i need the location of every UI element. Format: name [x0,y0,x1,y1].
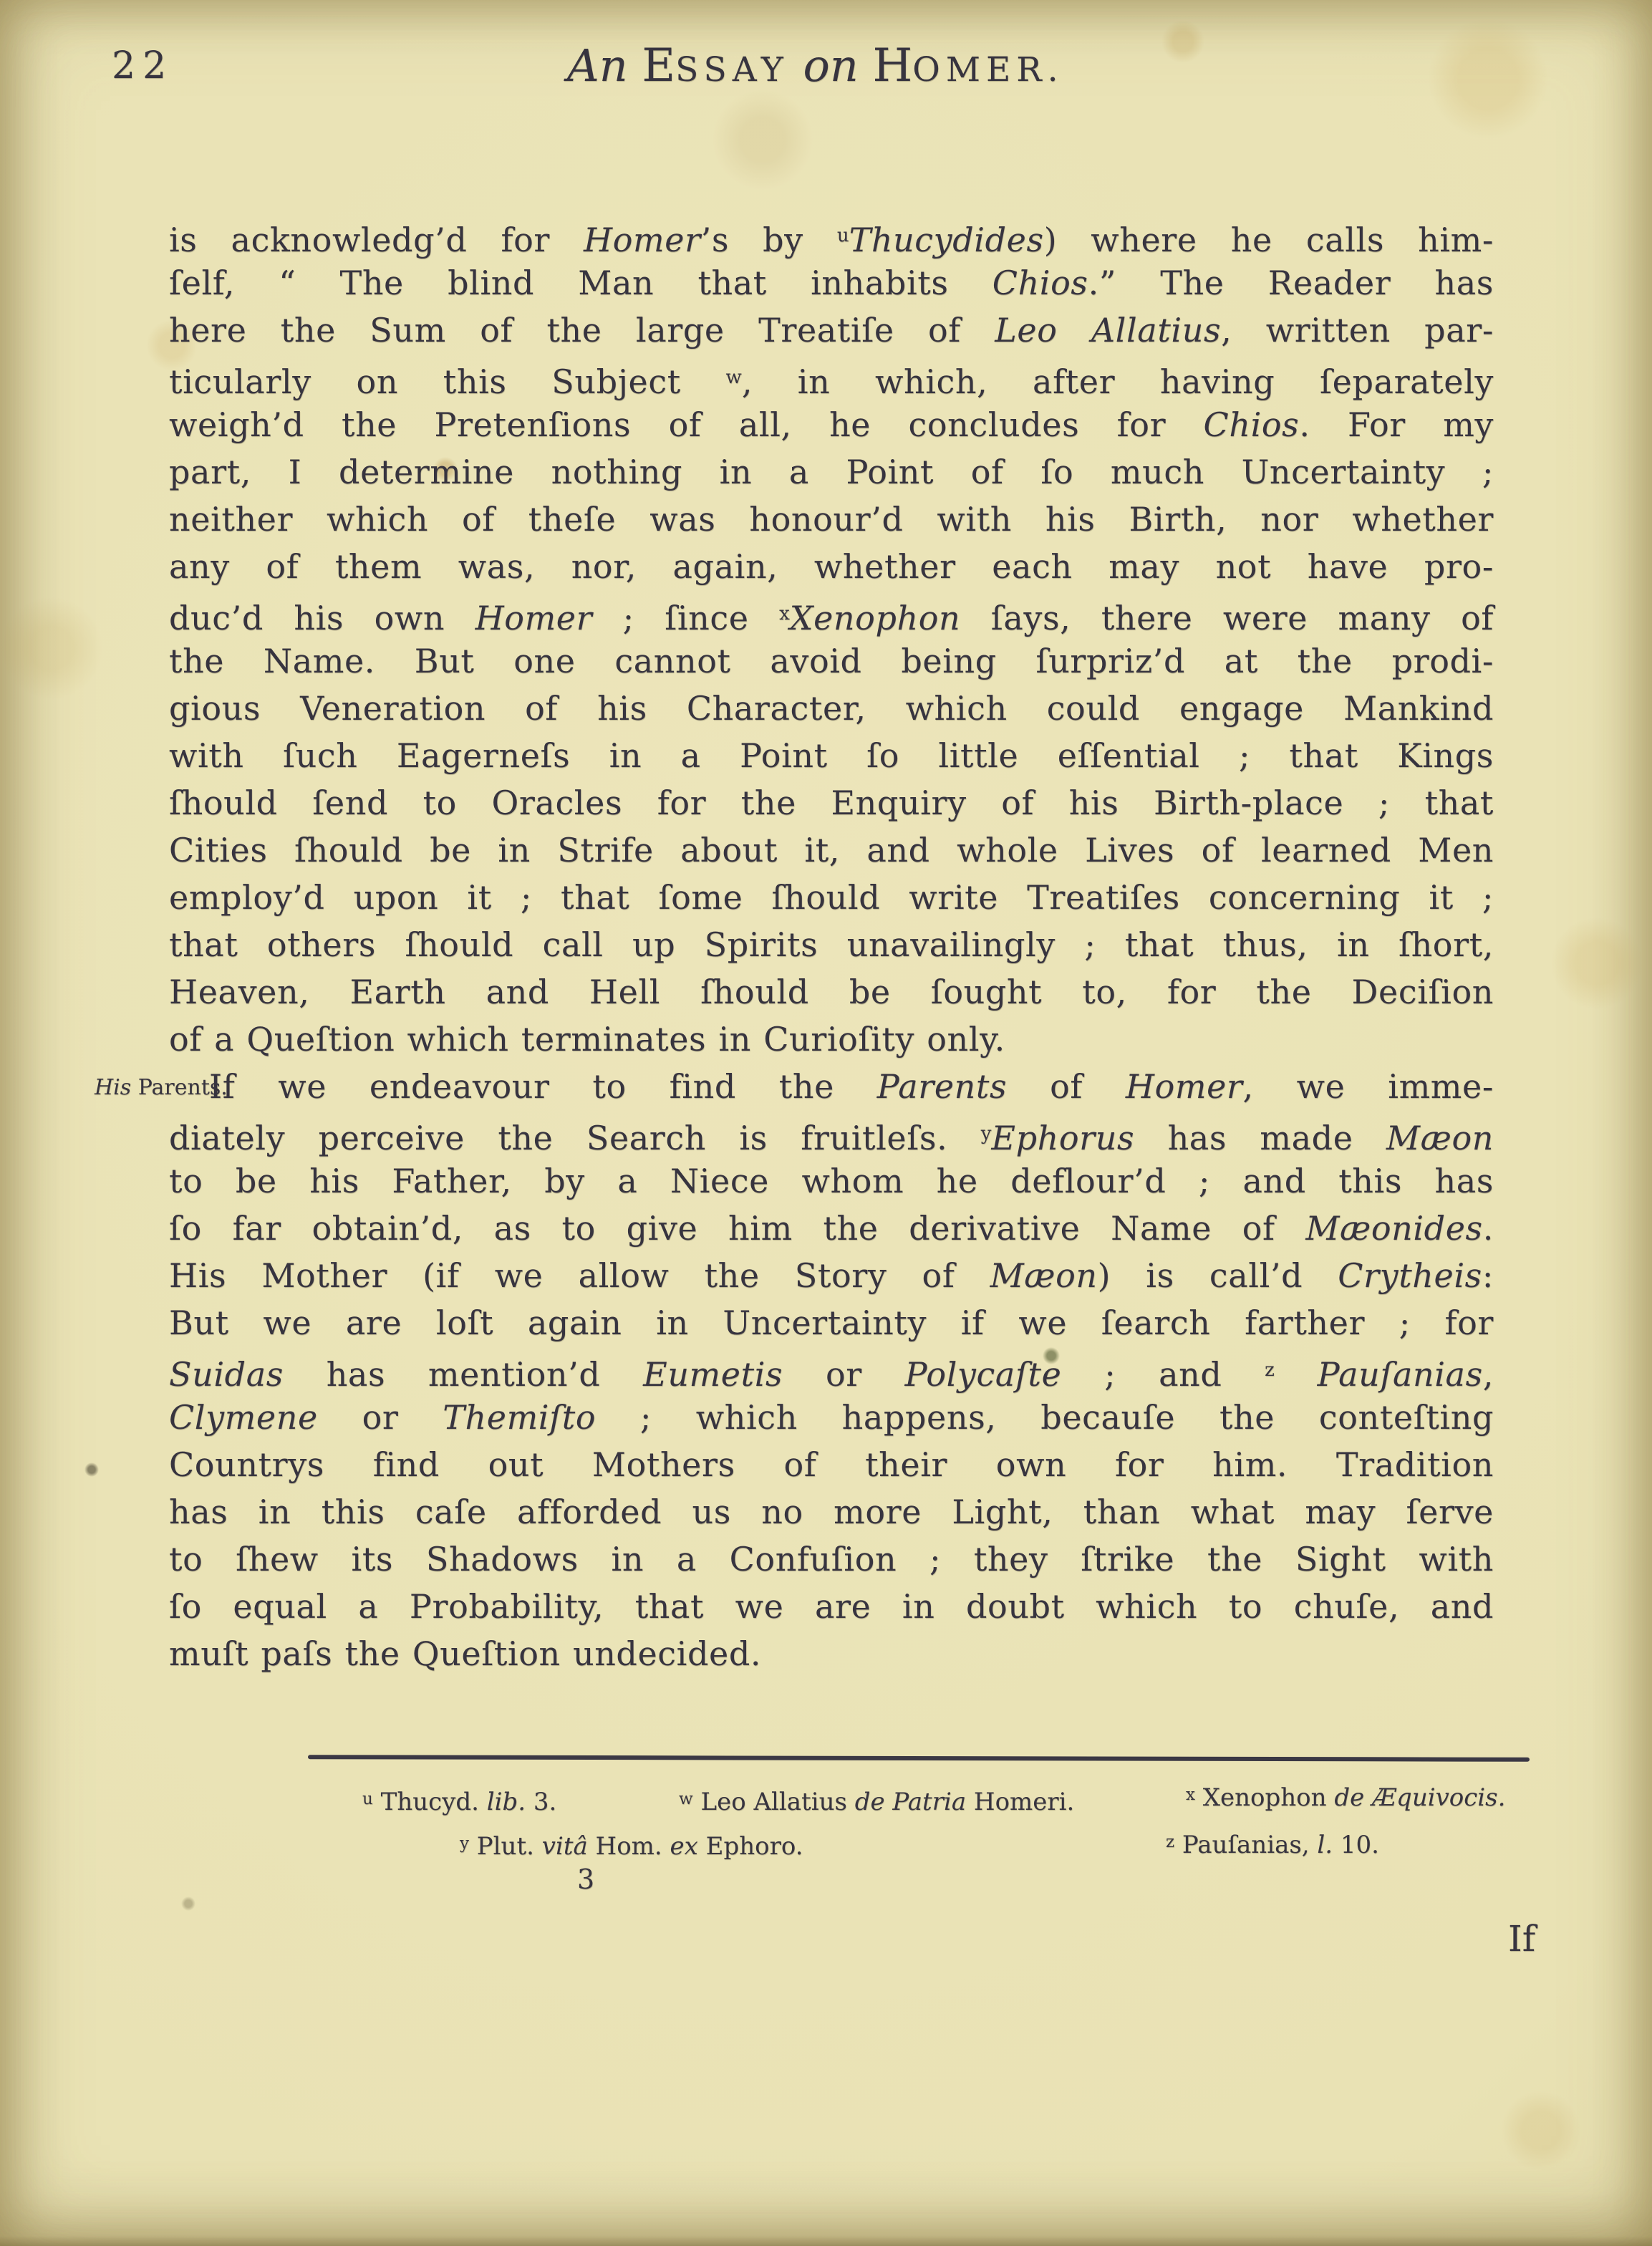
text-segment: ; and [1061,1355,1265,1394]
body-line: neither which of theſe was honour’d with… [169,496,1494,543]
text-segment: ’s by [701,221,837,259]
text-segment: Leo Allatius [693,1788,855,1816]
text-segment: ſo far obtain’d, as to give him the deri… [169,1209,1305,1248]
text-segment: l. [1317,1831,1333,1859]
text-segment: that others ſhould call up Spirits unava… [169,925,1494,964]
body-line: gious Veneration of his Character, which… [169,685,1494,732]
text-segment: : [1482,1256,1494,1295]
body-line: of a Queſtion which terminates in Curioſ… [169,1016,1494,1063]
body-line: muſt paſs the Queſtion undecided. [169,1630,1494,1677]
text-segment: Homer [584,221,701,259]
text-segment: ticularly on this Subject [169,362,726,401]
footnote-u: u Thucyd. lib. 3. [362,1788,556,1816]
text-segment: muſt paſs the Queſtion undecided. [169,1634,761,1673]
text-segment: Polycaſte [905,1355,1062,1394]
text-segment: on [789,39,873,92]
footnote-y: y Plut. vitâ Hom. ex Ephoro. [460,1832,803,1861]
footnote-marker: z [1166,1833,1174,1851]
text-segment: ) is call’d [1098,1256,1338,1295]
text-segment: . For my [1299,405,1494,444]
body-line: Clymene or Themiſto ; which happens, bec… [169,1394,1494,1441]
body-line: diately perceive the Search is fruitleſs… [169,1110,1494,1157]
text-segment: E [642,39,675,92]
text-segment: Thucyd. [373,1788,487,1816]
text-segment: , we imme- [1243,1067,1494,1106]
text-segment: ſo equal a Probability, that we are in d… [169,1587,1494,1626]
footnote-marker: w [726,367,742,388]
text-segment: ; which happens, becauſe the conteſting [596,1398,1494,1437]
text-segment: of [1007,1067,1126,1106]
footnote-marker: u [837,225,849,246]
text-segment: Thucydides [849,221,1044,259]
text-segment: Homer [475,599,593,637]
text-segment: with ſuch Eagerneſs in a Point ſo little… [169,736,1494,775]
body-line: But we are loſt again in Uncertainty if … [169,1299,1494,1346]
footnote-marker: x [779,603,790,625]
body-line: ſhould ſend to Oracles for the Enquiry o… [169,779,1494,826]
body-line: Cities ſhould be in Strife about it, and… [169,826,1494,874]
text-segment: or [318,1398,443,1437]
text-segment: Themiſto [443,1398,596,1437]
text-segment: Eumetis [643,1355,783,1394]
text-segment: Homer [1126,1067,1243,1106]
body-line: has in this caſe afforded us no more Lig… [169,1488,1494,1536]
text-segment: Hom. [588,1832,670,1861]
footnote-marker: y [981,1123,992,1144]
text-segment: Heaven, Earth and Hell ſhould be ſought … [169,973,1494,1011]
page-number: 22 [112,44,173,87]
text-segment: of a Queſtion which terminates in Curioſ… [169,1020,1005,1059]
text-segment: Plut. [469,1832,542,1861]
text-segment: Ephorus [991,1119,1134,1157]
body-line: with ſuch Eagerneſs in a Point ſo little… [169,732,1494,779]
text-segment: . [1483,1209,1494,1248]
text-segment: diately perceive the Search is fruitleſs… [169,1119,981,1157]
footnote-marker: w [679,1790,693,1808]
body-line: Suidas has mention’d Eumetis or Polycaſt… [169,1346,1494,1394]
body-line: Countrys find out Mothers of their own f… [169,1441,1494,1488]
text-segment: Mæonides [1305,1209,1482,1248]
text-segment: ) where he calls him- [1044,221,1494,259]
text-segment: His Mother (if we allow the Story of [169,1256,990,1295]
text-segment: has made [1134,1119,1386,1157]
footnote-marker: x [1186,1785,1195,1804]
text-segment: An [567,39,642,92]
body-text: is acknowledg’d for Homer’s by uThucydid… [169,212,1494,1677]
text-segment: , in which, after having ſeparately [742,362,1494,401]
text-segment: Xenophon [1195,1783,1334,1812]
text-segment: Chios [992,264,1088,302]
body-line: weigh’d the Pretenſions of all, he concl… [169,401,1494,448]
text-segment: gious Veneration of his Character, which… [169,689,1494,728]
body-line: duc’d his own Homer ; ſince xXenophon ſa… [169,590,1494,637]
text-segment: ſays, there were many of [960,599,1494,637]
body-line: If we endeavour to find the Parents of H… [169,1063,1494,1110]
text-segment: or [783,1355,904,1394]
text-segment: ſelf, “ The blind Man that inhabits [169,264,992,302]
signature-mark: 3 [577,1864,594,1895]
text-segment: Chios [1204,405,1300,444]
text-segment: ex [670,1832,698,1861]
text-segment: Cities ſhould be in Strife about it, and… [169,831,1494,869]
body-line: to be his Father, by a Niece whom he def… [169,1157,1494,1205]
body-line: ſo far obtain’d, as to give him the deri… [169,1205,1494,1252]
text-segment: His [95,1075,131,1100]
text-segment: Leo Allatius [995,311,1221,350]
body-line: the Name. But one cannot avoid being ſur… [169,637,1494,685]
text-segment: Suidas [169,1355,284,1394]
text-segment: , written par- [1221,311,1494,350]
text-segment: Ephoro. [698,1832,803,1861]
text-segment: lib. [487,1788,526,1816]
text-segment: to ſhew its Shadows in a Confuſion ; the… [169,1540,1494,1579]
text-segment: de Patria [855,1788,966,1816]
text-segment: 3. [526,1788,556,1816]
body-line: Heaven, Earth and Hell ſhould be ſought … [169,968,1494,1016]
text-segment: neither which of theſe was honour’d with… [169,500,1494,539]
footnote-x: x Xenophon de Æquivocis. [1186,1783,1505,1812]
text-segment: employ’d upon it ; that ſome ſhould writ… [169,878,1494,917]
text-segment: de Æquivocis. [1334,1783,1505,1812]
text-segment: Clymene [169,1398,318,1437]
text-segment: ſhould ſend to Oracles for the Enquiry o… [169,784,1494,822]
body-line: is acknowledg’d for Homer’s by uThucydid… [169,212,1494,259]
text-segment: 10. [1333,1831,1379,1859]
text-segment: Pauſanias [1318,1355,1483,1394]
footnote-marker: u [362,1790,373,1808]
text-segment: If we endeavour to find the [209,1067,877,1106]
text-segment: Crytheis [1338,1256,1482,1295]
text-segment: H [872,39,912,92]
footnote-marker: z [1265,1359,1275,1381]
text-segment: , [1483,1355,1494,1394]
footnote-z: z Pauſanias, l. 10. [1166,1831,1379,1859]
text-segment: OMER. [912,50,1063,90]
text-segment: Homeri. [966,1788,1074,1816]
body-line: that others ſhould call up Spirits unava… [169,921,1494,968]
text-segment: part, I determine nothing in a Point of … [169,453,1494,491]
body-line: to ſhew its Shadows in a Confuſion ; the… [169,1536,1494,1583]
catchword: If [1508,1918,1535,1960]
text-segment: Pauſanias, [1174,1831,1317,1859]
text-segment: is acknowledg’d for [169,221,584,259]
text-segment [1275,1355,1318,1394]
text-segment: weigh’d the Pretenſions of all, he concl… [169,405,1204,444]
text-segment: the Name. But one cannot avoid being ſur… [169,642,1494,680]
text-segment: ; ſince [592,599,779,637]
text-segment: any of them was, nor, again, whether eac… [169,547,1494,586]
text-segment: vitâ [542,1832,588,1861]
running-head-title: An ESSAY on HOMER. [567,37,1064,106]
text-segment: has in this caſe afforded us no more Lig… [169,1493,1494,1531]
body-line: His Mother (if we allow the Story of Mæo… [169,1252,1494,1299]
text-segment: But we are loſt again in Uncertainty if … [169,1303,1494,1342]
body-line: part, I determine nothing in a Point of … [169,448,1494,496]
footnote-marker: y [460,1834,469,1853]
body-line: ſelf, “ The blind Man that inhabits Chio… [169,259,1494,307]
footnote-divider-rule [308,1755,1530,1762]
text-segment: here the Sum of the large Treatiſe of [169,311,995,350]
text-segment: Mæon [990,1256,1098,1295]
text-segment: Countrys find out Mothers of their own f… [169,1445,1494,1484]
body-line: ſo equal a Probability, that we are in d… [169,1583,1494,1630]
text-segment: Parents [877,1067,1007,1106]
text-segment: .” The Reader has [1088,264,1494,302]
text-segment: SSAY [675,50,789,90]
text-segment: duc’d his own [169,599,475,637]
body-line: here the Sum of the large Treatiſe of Le… [169,307,1494,354]
text-segment: has mention’d [284,1355,643,1394]
footnote-w: w Leo Allatius de Patria Homeri. [679,1788,1074,1816]
text-segment: Xenophon [790,599,960,637]
body-line: any of them was, nor, again, whether eac… [169,543,1494,590]
text-segment: Mæon [1386,1119,1494,1157]
body-line: employ’d upon it ; that ſome ſhould writ… [169,874,1494,921]
text-segment: to be his Father, by a Niece whom he def… [169,1162,1494,1200]
body-line: ticularly on this Subject w, in which, a… [169,354,1494,401]
book-page: 22 An ESSAY on HOMER. His Parents. is ac… [0,0,1652,2246]
